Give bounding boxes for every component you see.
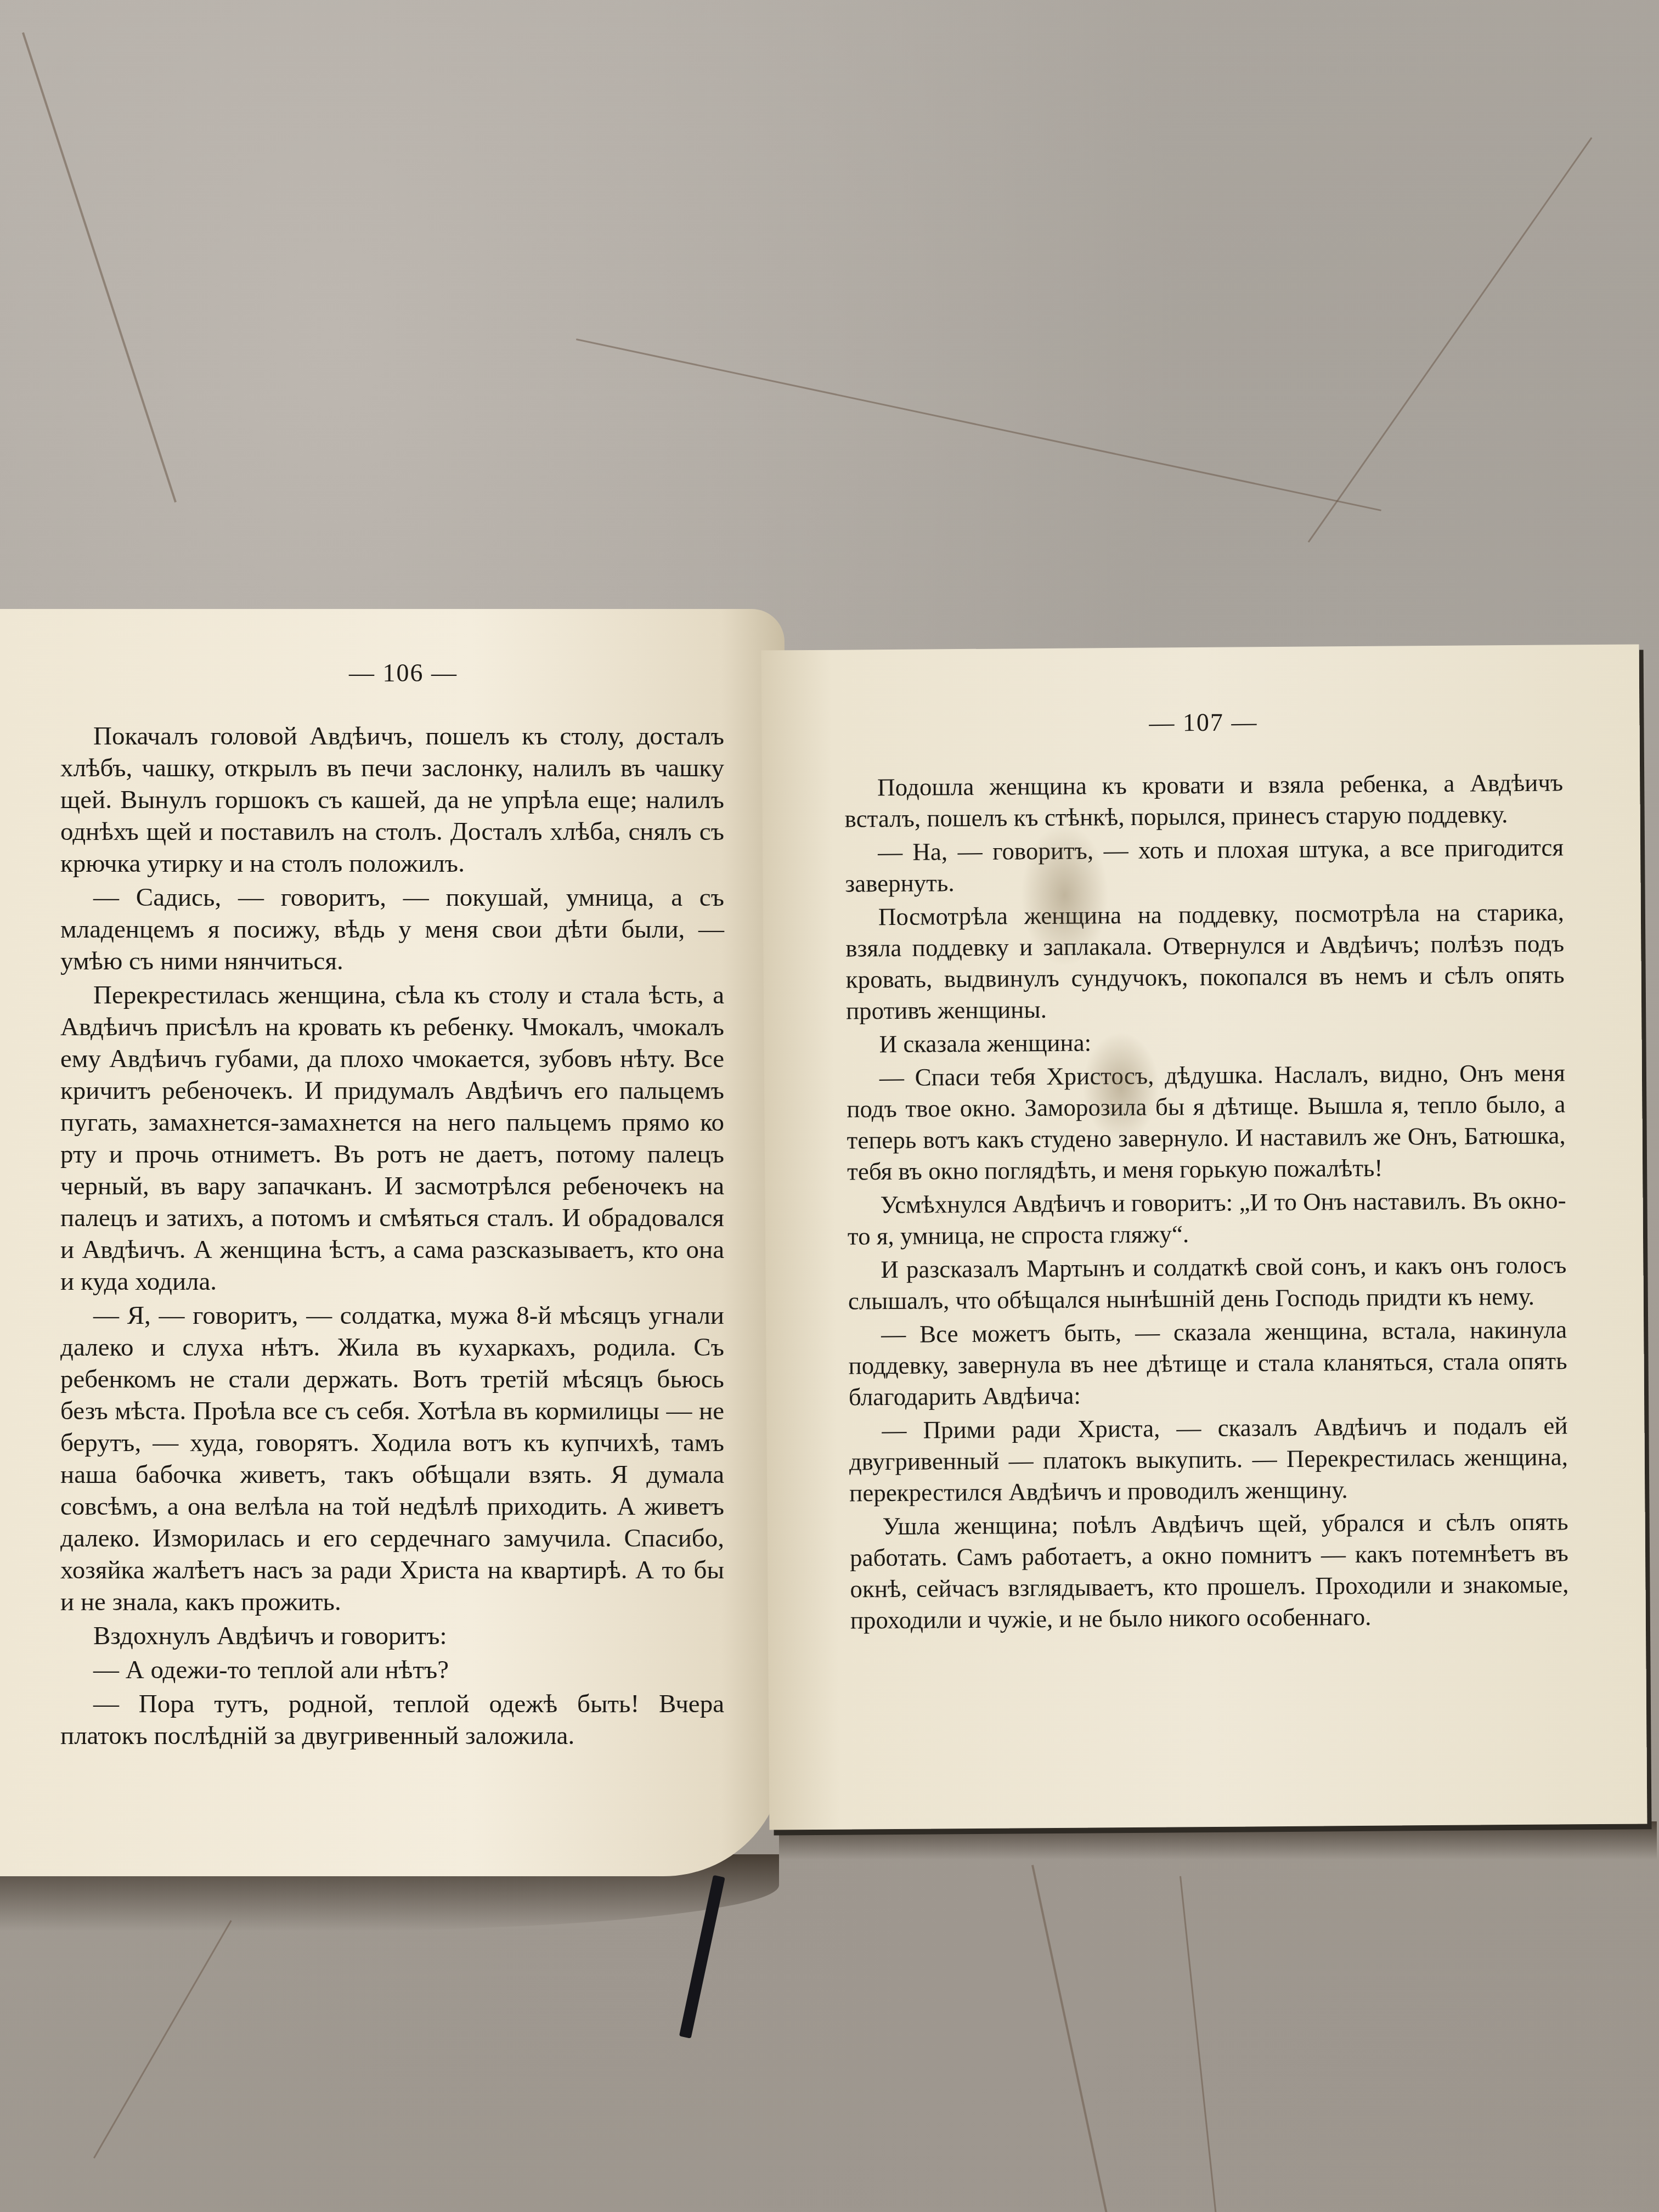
marble-vein: [93, 1920, 232, 2159]
paragraph: — А одежи-то теплой али нѣтъ?: [60, 1654, 724, 1686]
marble-vein: [22, 32, 177, 503]
marble-vein: [576, 338, 1381, 511]
paragraph: — Прими ради Христа, — сказалъ Авдѣичъ и…: [849, 1410, 1568, 1509]
paragraph: Подошла женщина къ кровати и взяла ребен…: [844, 767, 1564, 834]
paragraph: — Я, — говоритъ, — солдатка, мужа 8-й мѣ…: [60, 1300, 724, 1618]
paragraph: — На, — говоритъ, — хоть и плохая штука,…: [845, 832, 1564, 899]
page-number: — 106 —: [82, 658, 724, 687]
paragraph: — Спаси тебя Христосъ, дѣдушка. Наслалъ,…: [847, 1057, 1566, 1187]
paper-stain: [1082, 1032, 1159, 1142]
paragraph: И сказала женщина:: [846, 1024, 1565, 1060]
right-page: — 107 — Подошла женщина къ кровати и взя…: [761, 644, 1647, 1830]
paragraph: — Садись, — говоритъ, — покушай, умница,…: [60, 882, 724, 977]
paragraph: Перекрестилась женщина, сѣла къ столу и …: [60, 979, 724, 1297]
paragraph: Ушла женщина; поѣлъ Авдѣичъ щей, убрался…: [849, 1506, 1569, 1636]
left-page: — 106 — Покачалъ головой Авдѣичъ, пошелъ…: [0, 609, 785, 1876]
page-number: — 107 —: [844, 705, 1562, 739]
paragraph: Посмотрѣла женщина на поддевку, посмотрѣ…: [845, 896, 1565, 1026]
marble-vein: [1180, 1876, 1217, 2212]
marble-vein: [1031, 1865, 1108, 2212]
paragraph: Вздохнулъ Авдѣичъ и говоритъ:: [60, 1620, 724, 1652]
paragraph: Усмѣхнулся Авдѣичъ и говоритъ: „И то Онъ…: [847, 1184, 1566, 1252]
paragraph: Покачалъ головой Авдѣичъ, пошелъ къ стол…: [60, 720, 724, 879]
paper-stain: [1020, 823, 1109, 967]
marble-vein: [1308, 137, 1593, 543]
paragraph: — Пора тутъ, родной, теплой одежѣ быть! …: [60, 1688, 724, 1752]
paragraph: И разсказалъ Мартынъ и солдаткѣ свой сон…: [848, 1249, 1567, 1317]
paragraph: — Все можетъ быть, — сказала женщина, вс…: [848, 1314, 1567, 1413]
